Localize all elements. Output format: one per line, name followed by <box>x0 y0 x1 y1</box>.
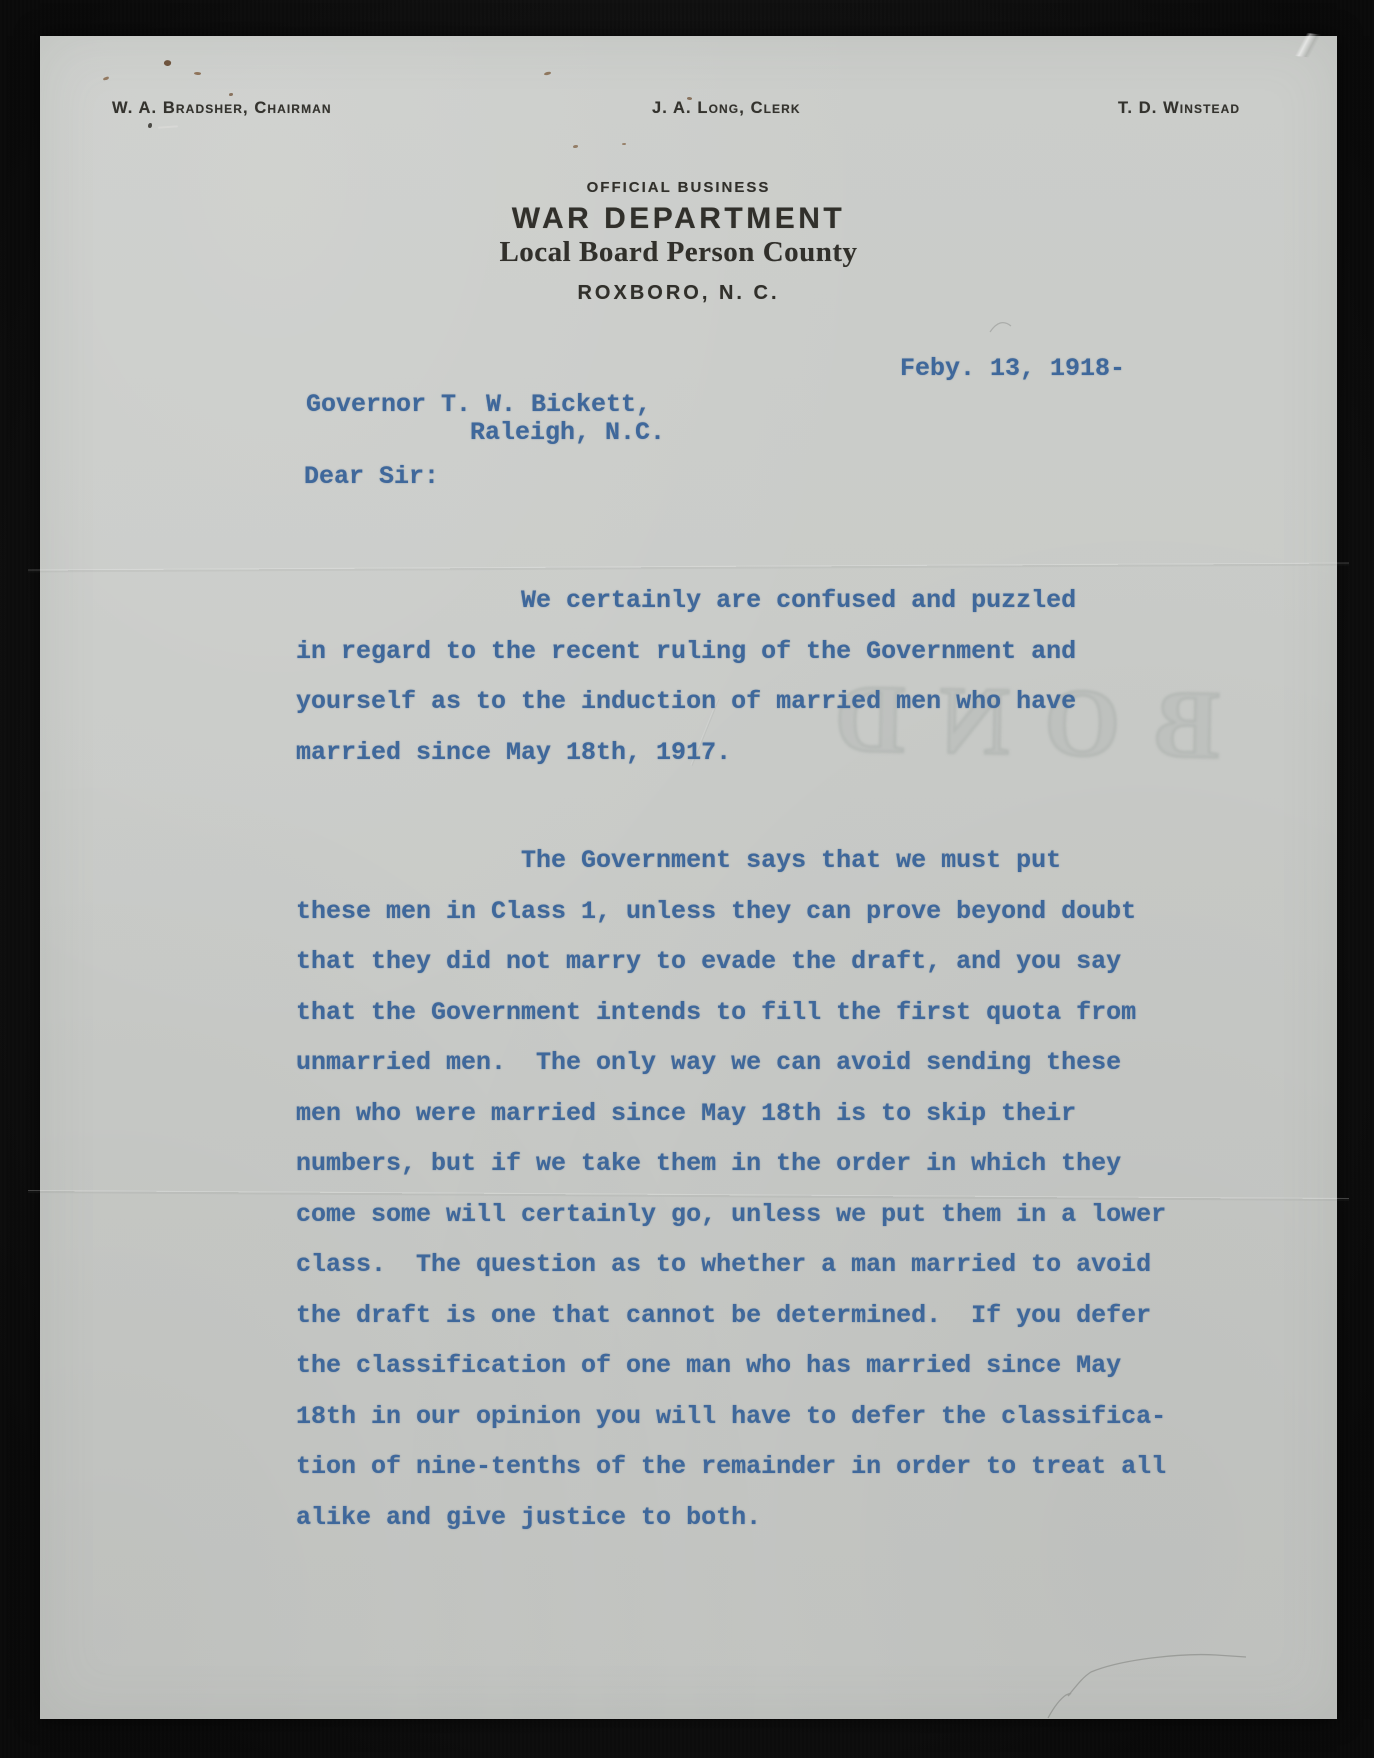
letter-page: BOND W. A. Bradsher, Chairman J. A. Long… <box>40 36 1337 1719</box>
official-business-line: OFFICIAL BUSINESS <box>30 179 1327 196</box>
typed-line: married since May 18th, 1917. <box>296 728 1166 779</box>
body-paragraph-1: We certainly are confused and puzzledin … <box>296 576 1166 778</box>
paper-scratch <box>158 125 178 128</box>
typed-line: the classification of one man who has ma… <box>296 1341 1166 1392</box>
recipient-city: Raleigh, N.C. <box>470 418 665 447</box>
paper-stain <box>544 71 551 75</box>
typed-line: in regard to the recent ruling of the Go… <box>296 627 1166 678</box>
member-name: T. D. Winstead <box>1118 99 1240 118</box>
salutation: Dear Sir: <box>304 462 439 491</box>
typed-line: alike and give justice to both. <box>296 1493 1166 1544</box>
paper-stain <box>148 123 152 128</box>
chairman-name: W. A. Bradsher, Chairman <box>112 99 332 118</box>
recipient-name: Governor T. W. Bickett, <box>306 390 651 419</box>
body-paragraph-2: The Government says that we must putthes… <box>296 836 1166 1543</box>
city-line: ROXBORO, N. C. <box>30 282 1327 305</box>
officials-row: W. A. Bradsher, Chairman J. A. Long, Cle… <box>40 99 1337 121</box>
typed-line: numbers, but if we take them in the orde… <box>296 1139 1166 1190</box>
date-line: Feby. 13, 1918- <box>900 354 1125 383</box>
department-title: WAR DEPARTMENT <box>30 202 1327 236</box>
paper-stain <box>163 59 172 67</box>
paper-stain <box>622 143 626 145</box>
photo-background: BOND W. A. Bradsher, Chairman J. A. Long… <box>0 0 1374 1758</box>
typed-line: come some will certainly go, unless we p… <box>296 1190 1166 1241</box>
letter-body: We certainly are confused and puzzledin … <box>296 518 1166 1601</box>
typed-line: that the Government intends to fill the … <box>296 988 1166 1039</box>
typed-line: the draft is one that cannot be determin… <box>296 1291 1166 1342</box>
paper-stain <box>103 76 110 80</box>
typed-line: class. The question as to whether a man … <box>296 1240 1166 1291</box>
typed-line: We certainly are confused and puzzled <box>296 576 1166 627</box>
typed-line: The Government says that we must put <box>296 836 1166 887</box>
typed-line: that they did not marry to evade the dra… <box>296 937 1166 988</box>
corner-fold <box>1276 30 1336 60</box>
typed-line: men who were married since May 18th is t… <box>296 1089 1166 1140</box>
typed-line: unmarried men. The only way we can avoid… <box>296 1038 1166 1089</box>
typed-line: tion of nine-tenths of the remainder in … <box>296 1442 1166 1493</box>
paper-stain <box>229 93 233 96</box>
typed-line: 18th in our opinion you will have to def… <box>296 1392 1166 1443</box>
typed-line: these men in Class 1, unless they can pr… <box>296 887 1166 938</box>
typed-line: yourself as to the induction of married … <box>296 677 1166 728</box>
clerk-name: J. A. Long, Clerk <box>652 99 801 118</box>
board-title: Local Board Person County <box>30 236 1327 269</box>
paper-stain <box>573 145 578 148</box>
paper-stain <box>194 72 201 76</box>
